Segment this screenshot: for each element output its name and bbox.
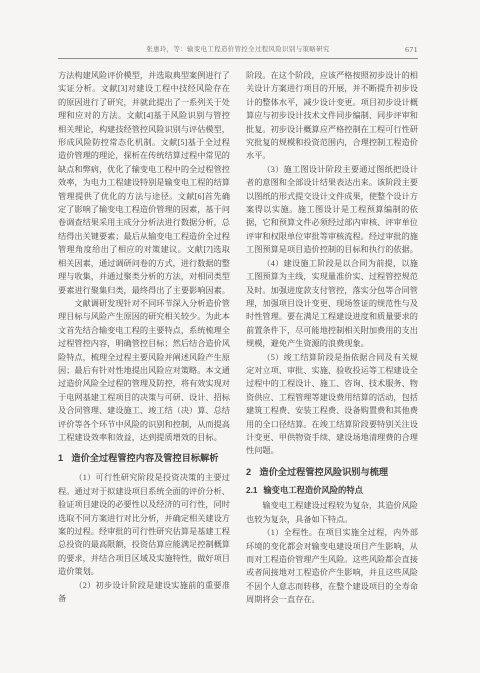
running-title: 张惠玲，等：输变电工程造价管控全过程风险识别与策略研究 bbox=[146, 46, 329, 53]
two-column-body: 方法构建风险评价模型，并选取典型案例进行了实证分析。文献[3]对建设工程中技经风… bbox=[58, 69, 418, 607]
subsection-number: 2.1 bbox=[246, 485, 258, 495]
paragraph: 输变电工程建设过程较为复杂，其造价风险也较为复杂，具备如下特点。 bbox=[246, 499, 418, 526]
header-rule bbox=[58, 58, 418, 59]
subsection-heading-2-1: 2.1输变电工程造价风险的特点 bbox=[246, 485, 418, 497]
page-number: 671 bbox=[405, 44, 418, 55]
section-title: 造价全过程管控内容及管控目标解析 bbox=[71, 453, 218, 463]
section-title: 造价全过程管控风险识别与梳理 bbox=[259, 467, 388, 477]
section-number: 1 bbox=[58, 453, 63, 463]
paragraph: （5）竣工结算阶段是指依据合同及有关规定对立项、审批、实施、验收投运等工程建设全… bbox=[246, 351, 418, 458]
section-heading-2: 2造价全过程管控风险识别与梳理 bbox=[246, 466, 418, 478]
section-number: 2 bbox=[246, 467, 251, 477]
paper-page: 张惠玲，等：输变电工程造价管控全过程风险识别与策略研究 671 方法构建风险评价… bbox=[0, 0, 480, 673]
paragraph: 方法构建风险评价模型，并选取典型案例进行了实证分析。文献[3]对建设工程中技经风… bbox=[58, 69, 230, 297]
section-heading-1: 1造价全过程管控内容及管控目标解析 bbox=[58, 452, 230, 464]
subsection-title: 输变电工程造价风险的特点 bbox=[263, 485, 363, 495]
paragraph: （4）建设施工阶段是以合同为前提，以施工图预算为主线，实现量准价实、过程管控规范… bbox=[246, 257, 418, 351]
paragraph: （2）初步设计阶段是建设实施前的重要准备 bbox=[58, 579, 230, 606]
paragraph: （3）施工图设计阶段主要通过图纸把设计者的意图和全部设计结果表达出来。该阶段主要… bbox=[246, 163, 418, 257]
page-header: 张惠玲，等：输变电工程造价管控全过程风险识别与策略研究 671 bbox=[58, 44, 418, 55]
paragraph: 文献调研发现针对不同环节深入分析造价管理目标与风险产生原因的研究相关较少。为此本… bbox=[58, 297, 230, 444]
left-column: 方法构建风险评价模型，并选取典型案例进行了实证分析。文献[3]对建设工程中技经风… bbox=[58, 69, 230, 607]
paragraph: （1）可行性研究阶段是投资决策的主要过程。通过对于拟建设项目系统全面的评价分析、… bbox=[58, 471, 230, 578]
paragraph: （1）全程性。在项目实施全过程，内外部环境的变化都会对输变电建设项目产生影响，从… bbox=[246, 526, 418, 606]
paragraph: 阶段。在这个阶段，应该严格按照初步设计的相关设计方案进行项目的开展，并不断提升初… bbox=[246, 69, 418, 163]
right-column: 阶段。在这个阶段，应该严格按照初步设计的相关设计方案进行项目的开展，并不断提升初… bbox=[246, 69, 418, 607]
